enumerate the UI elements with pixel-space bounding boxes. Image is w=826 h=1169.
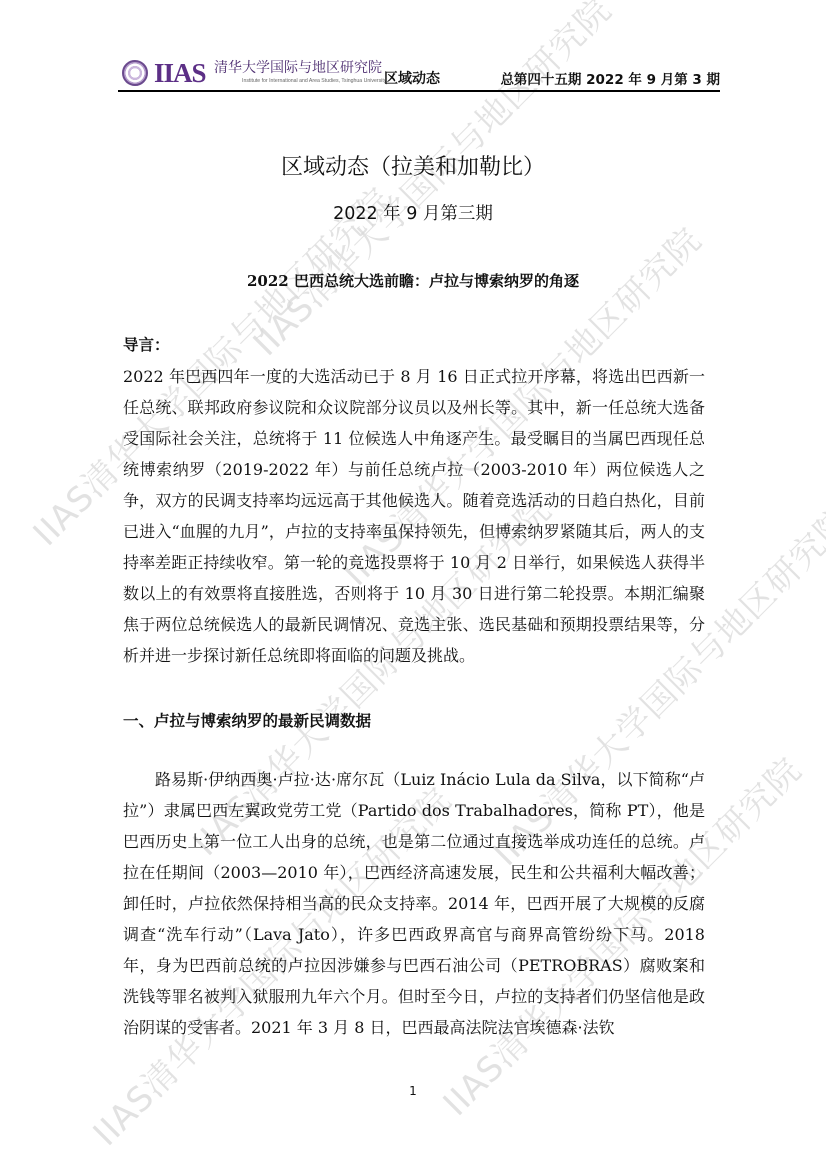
section-heading: 一、卢拉与博索纳罗的最新民调数据 (123, 706, 705, 737)
institute-name-en: Institute for International and Area Stu… (242, 78, 386, 84)
institute-name-cn: 清华大学国际与地区研究院 (214, 59, 382, 77)
page-header: IIAS 清华大学国际与地区研究院 Institute for Internat… (118, 58, 720, 90)
header-section-name: 区域动态 (384, 68, 440, 88)
article-title: 2022 巴西总统大选前瞻：卢拉与博索纳罗的角逐 (0, 270, 826, 291)
header-issue-info: 总第四十五期 2022 年 9 月第 3 期 (500, 68, 720, 88)
document-page: IIAS清华大学国际与地区研究院 IIAS清华大学国际与地区研究院 IIAS清华… (0, 0, 826, 1169)
watermark: IIAS清华大学国际与地区研究院 (240, 0, 620, 365)
intro-paragraph: 2022 年巴西四年一度的大选活动已于 8 月 16 日正式拉开序幕，将选出巴西… (123, 361, 705, 671)
tsinghua-seal-icon (122, 60, 148, 86)
section-1: 一、卢拉与博索纳罗的最新民调数据 路易斯·伊纳西奥·卢拉·达·席尔瓦（Luiz … (123, 706, 705, 1043)
intro-label: 导言： (123, 330, 705, 361)
issue-subtitle: 2022 年 9 月第三期 (0, 200, 826, 225)
iias-logo-mark: IIAS (154, 58, 206, 88)
intro-section: 导言： 2022 年巴西四年一度的大选活动已于 8 月 16 日正式拉开序幕，将… (123, 330, 705, 671)
page-number: 1 (0, 1084, 826, 1098)
document-title: 区域动态（拉美和加勒比） (0, 150, 826, 181)
header-divider (118, 90, 720, 92)
section-paragraph: 路易斯·伊纳西奥·卢拉·达·席尔瓦（Luiz Inácio Lula da Si… (123, 764, 705, 1043)
